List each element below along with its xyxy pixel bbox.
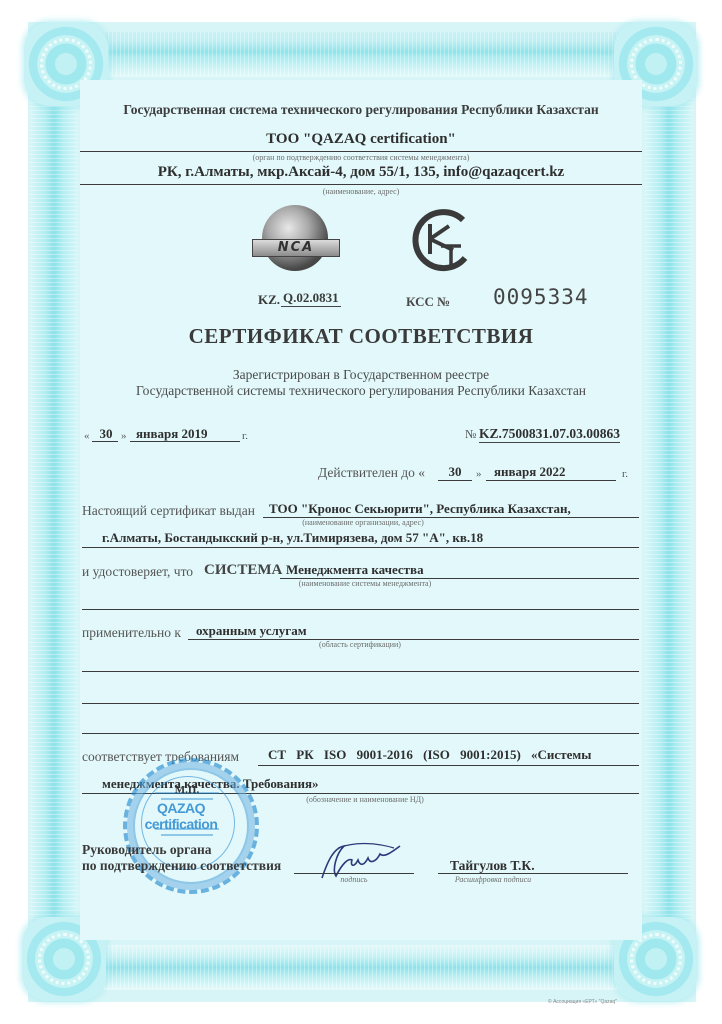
certifies-label: и удостоверяет, что	[82, 564, 193, 580]
name-note: Расшифровка подписи	[438, 875, 548, 884]
certificate-body: Государственная система технического рег…	[80, 80, 642, 940]
certificate-sheet: Государственная система технического рег…	[0, 0, 722, 1024]
certifying-organization: ТОО "QAZAQ certification"	[80, 131, 642, 148]
issue-month-year: января 2019	[136, 426, 208, 442]
underline	[82, 703, 639, 704]
kcc-serial-number: 0095334	[493, 285, 589, 309]
border-band-bottom	[80, 945, 640, 990]
border-band-right	[645, 95, 693, 935]
issued-to-line-1: ТОО "Кронос Секьюрити", Республика Казах…	[269, 501, 571, 517]
underline	[258, 765, 639, 766]
underline	[82, 609, 639, 610]
underline	[438, 480, 472, 481]
signature-line	[294, 873, 414, 874]
border-band-left	[30, 95, 78, 935]
print-mark: © Ассоциация «ЕРТ» "Qazaq"	[548, 999, 617, 1005]
valid-month-year: января 2022	[494, 464, 566, 480]
system-label: СИСТЕМА	[204, 562, 282, 579]
applicable-note: (область сертификации)	[300, 640, 420, 649]
issued-to-line-2: г.Алматы, Бостандыкский р-н, ул.Тимирязе…	[102, 530, 483, 546]
organization-note: (орган по подтверждению соответствия сис…	[80, 153, 642, 162]
nca-globe-logo-icon: NCA	[262, 205, 328, 271]
issue-date-open-quote: «	[84, 430, 90, 442]
nca-logo-text: NCA	[252, 239, 340, 257]
underline	[82, 733, 639, 734]
signatory-name: Тайгулов Т.К.	[450, 858, 535, 874]
valid-day: 30	[444, 464, 466, 480]
address-note: (наименование, адрес)	[80, 187, 642, 196]
cert-number-label: №	[465, 427, 476, 442]
issue-day: 30	[96, 426, 116, 442]
kz-label: KZ.	[258, 292, 280, 308]
divider	[80, 151, 642, 152]
cert-number: KZ.7500831.07.03.00863	[479, 426, 620, 443]
stamp-mark: М.П.	[127, 784, 247, 796]
stamp-line	[161, 834, 213, 836]
kt-conformity-mark-icon	[405, 206, 475, 276]
head-label-line-1: Руководитель органа	[82, 842, 212, 858]
underline	[486, 480, 616, 481]
system-value: Менеджмента качества	[286, 562, 424, 578]
stamp-line	[155, 828, 219, 830]
name-line	[438, 873, 628, 874]
underline	[130, 441, 240, 442]
issued-to-note: (наименование организации, адрес)	[263, 518, 463, 527]
underline	[82, 671, 639, 672]
organization-address: РК, г.Алматы, мкр.Аксай-4, дом 55/1, 135…	[80, 164, 642, 181]
registered-line-2: Государственной системы технического рег…	[80, 383, 642, 399]
issue-date-close-quote: »	[121, 430, 127, 442]
head-label-line-2: по подтверждению соответствия	[82, 858, 281, 874]
issue-date-suffix: г.	[242, 430, 248, 442]
valid-until-label: Действителен до «	[318, 465, 425, 481]
complies-note: (обозначение и наименование НД)	[285, 795, 445, 804]
divider	[80, 184, 642, 185]
applicable-value: охранным услугам	[196, 623, 307, 639]
border-band-top	[80, 32, 640, 77]
registered-line-1: Зарегистрирован в Государственном реестр…	[80, 367, 642, 383]
gov-system-heading: Государственная система технического рег…	[80, 102, 642, 118]
issued-to-label: Настоящий сертификат выдан	[82, 503, 255, 519]
certificate-title: СЕРТИФИКАТ СООТВЕТСТВИЯ	[80, 324, 642, 349]
underline	[92, 441, 118, 442]
valid-suffix: г.	[622, 468, 628, 480]
complies-standard-line-1: СТ РК ISO 9001-2016 (ISO 9001:2015) «Сис…	[268, 747, 591, 763]
signature-note: подпись	[294, 875, 414, 884]
underline	[82, 547, 639, 548]
valid-close-quote: »	[476, 468, 482, 480]
system-note: (наименование системы менеджмента)	[285, 579, 445, 588]
kcc-label: КСС №	[406, 294, 450, 310]
kz-accreditation-number: Q.02.0831	[281, 290, 341, 307]
applicable-label: применительно к	[82, 625, 181, 641]
